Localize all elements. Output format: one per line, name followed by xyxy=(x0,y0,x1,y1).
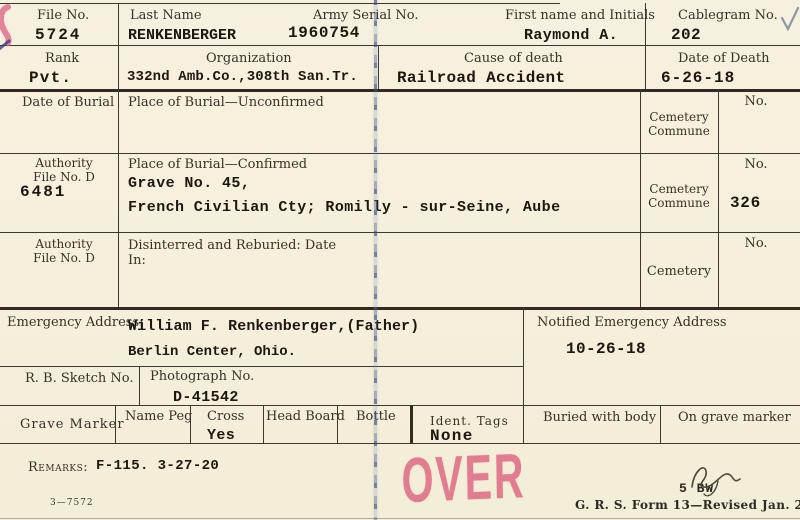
disinterred-label: Disinterred and Reburied: Date xyxy=(128,238,336,253)
organization-label: Organization xyxy=(206,51,292,66)
grid-vline xyxy=(139,366,140,405)
notified-emergency-value: 10-26-18 xyxy=(566,340,646,358)
place-confirmed-line1: Grave No. 45, xyxy=(128,175,250,192)
cemetery-commune-label: Cemetery Commune xyxy=(641,182,717,210)
grid-hline xyxy=(0,405,800,406)
cablegram-label: Cablegram No. xyxy=(678,8,778,23)
cross-value: Yes xyxy=(207,427,235,444)
grid-vline xyxy=(718,89,719,307)
burial-record-card: File No. Last Name Army Serial No. First… xyxy=(0,0,800,520)
place-unconfirmed-label: Place of Burial—Unconfirmed xyxy=(128,95,324,110)
army-serial-value: 1960754 xyxy=(288,24,360,42)
no-label: No. xyxy=(718,94,794,109)
cablegram-value: 202 xyxy=(671,26,701,44)
first-name-value: Raymond A. xyxy=(524,27,618,44)
print-code: 3—7572 xyxy=(50,498,94,508)
date-of-death-label: Date of Death xyxy=(678,51,769,66)
pencil-checkmark-icon xyxy=(778,5,800,33)
last-name-label: Last Name xyxy=(130,8,202,23)
grid-hline xyxy=(0,307,800,310)
buried-with-body-label: Buried with body xyxy=(543,410,656,425)
file-no-label: File No. xyxy=(37,8,89,23)
grid-hline xyxy=(0,443,800,444)
last-name-value: RENKENBERGER xyxy=(128,27,236,44)
place-confirmed-line2: French Civilian Cty; Romilly - sur-Seine… xyxy=(128,199,560,216)
grid-vline xyxy=(263,405,264,443)
authority-file-value: 6481 xyxy=(20,183,66,201)
organization-value: 332nd Amb.Co.,308th San.Tr. xyxy=(127,69,358,85)
authority-file-label: AuthorityFile No. D xyxy=(12,237,116,265)
rank-label: Rank xyxy=(45,51,79,66)
grid-hline xyxy=(0,45,800,46)
photograph-value: D-41542 xyxy=(173,389,239,406)
fold-crease-line xyxy=(374,0,377,520)
date-of-burial-label: Date of Burial xyxy=(22,95,114,110)
photograph-label: Photograph No. xyxy=(150,369,254,384)
ident-tags-label: Ident. Tags xyxy=(430,414,509,428)
no-label: No. xyxy=(718,236,794,251)
grid-hline xyxy=(0,232,800,233)
no-label: No. xyxy=(718,157,794,172)
pink-stamp-fragment xyxy=(0,4,16,56)
name-peg-label: Name Peg xyxy=(125,409,192,424)
rb-sketch-label: R. B. Sketch No. xyxy=(25,371,133,386)
notified-emergency-label: Notified Emergency Address xyxy=(537,315,727,330)
grid-hline xyxy=(0,89,800,92)
grid-hline xyxy=(0,366,523,367)
authority-line1: Authority xyxy=(12,237,116,251)
over-stamp: OVER xyxy=(401,440,526,517)
grid-vline xyxy=(660,405,661,443)
cause-of-death-value: Railroad Accident xyxy=(397,69,565,87)
first-name-label: First name and Initials xyxy=(505,8,655,23)
emergency-address-line2: Berlin Center, Ohio. xyxy=(128,344,296,360)
cemetery-label: Cemetery xyxy=(641,264,717,279)
grid-vline xyxy=(523,307,524,405)
signature-scribble xyxy=(688,461,748,497)
grid-vline xyxy=(118,3,119,307)
authority-file-label: AuthorityFile No. D xyxy=(12,156,116,184)
grave-marker-label: Grave Marker xyxy=(20,417,125,432)
grid-vline xyxy=(523,405,524,443)
cemetery-no-value: 326 xyxy=(730,194,761,212)
authority-line2: File No. D xyxy=(12,251,116,265)
cross-label: Cross xyxy=(207,409,244,424)
emergency-address-label: Emergency Address: xyxy=(7,315,144,330)
cemetery-commune-label: Cemetery Commune xyxy=(641,110,717,138)
rank-value: Pvt. xyxy=(29,69,72,87)
head-board-label: Head Board xyxy=(266,409,345,424)
grid-hline xyxy=(0,3,560,4)
on-grave-marker-label: On grave marker xyxy=(678,410,791,425)
cause-of-death-label: Cause of death xyxy=(464,51,563,66)
grid-hline xyxy=(0,153,800,154)
file-no-value: 5724 xyxy=(35,26,81,44)
date-of-death-value: 6-26-18 xyxy=(661,69,735,87)
army-serial-label: Army Serial No. xyxy=(313,8,419,23)
disinterred-in-label: In: xyxy=(128,253,146,268)
card-bottom-edge xyxy=(0,518,800,519)
remarks-label: Remarks: xyxy=(28,460,88,475)
place-confirmed-label: Place of Burial—Confirmed xyxy=(128,157,307,172)
authority-line1: Authority xyxy=(12,156,116,170)
form-id: G. R. S. Form 13—Revised Jan. 25-20 xyxy=(575,498,800,512)
grid-vline xyxy=(378,45,379,89)
remarks-value: F-115. 3-27-20 xyxy=(96,458,219,474)
grid-vline xyxy=(410,405,413,443)
